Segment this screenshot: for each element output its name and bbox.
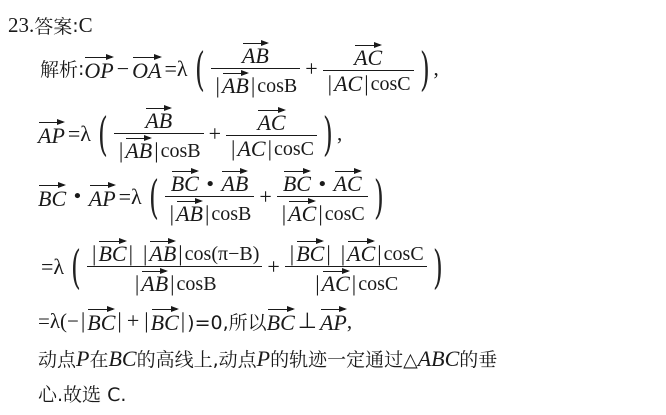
fraction: AC |AC|cosC [226,107,317,160]
conclusion-line-1: 动点 P 在 BC 的高线上,动点 P 的轨迹一定通过△ ABC 的垂 [38,345,497,372]
vector-OA: OA [132,54,161,84]
equation-line-2: AP =λ ( AB |AB|cosB + AC |AC|cosC ) , [38,105,342,162]
fraction: AB |AB|cosB [114,105,204,162]
fraction: AB |AB|cosB [211,40,301,97]
fraction: BC•AC |AC|cosC [277,168,368,225]
answer-value: C [79,13,93,38]
vector-BC: BC [38,182,66,212]
answer-label: 答案 [34,12,72,39]
fraction: |BC||AC|cosC |AC|cosC [285,238,427,295]
equation-line-4: =λ ( |BC||AB|cos(π−B) |AB|cosB + |BC||AC… [38,238,447,295]
equation-line-3: BC • AP =λ ( BC•AB |AB|cosB + BC•AC |AC|… [38,168,388,225]
fraction: BC•AB |AB|cosB [165,168,255,225]
vector-AP: AP [38,119,65,149]
analysis-label: 解析 [40,55,78,82]
fraction: AC |AC|cosC [323,42,414,95]
question-number: 23. [8,13,34,38]
equation-line-1: 解析 : OP − OA =λ ( AB |AB|cosB + AC |AC|c… [40,40,439,97]
answer-header: 23. 答案 : C [8,12,93,39]
fraction: |BC||AB|cos(π−B) |AB|cosB [87,238,262,295]
vector-OP: OP [84,54,113,84]
equation-line-5: =λ(− |BC| + |BC| )=0,所以 BC ⊥ AP , [38,306,352,336]
vector-AP: AP [89,182,116,212]
conclusion-line-2: 心.故选 C. [38,380,126,407]
